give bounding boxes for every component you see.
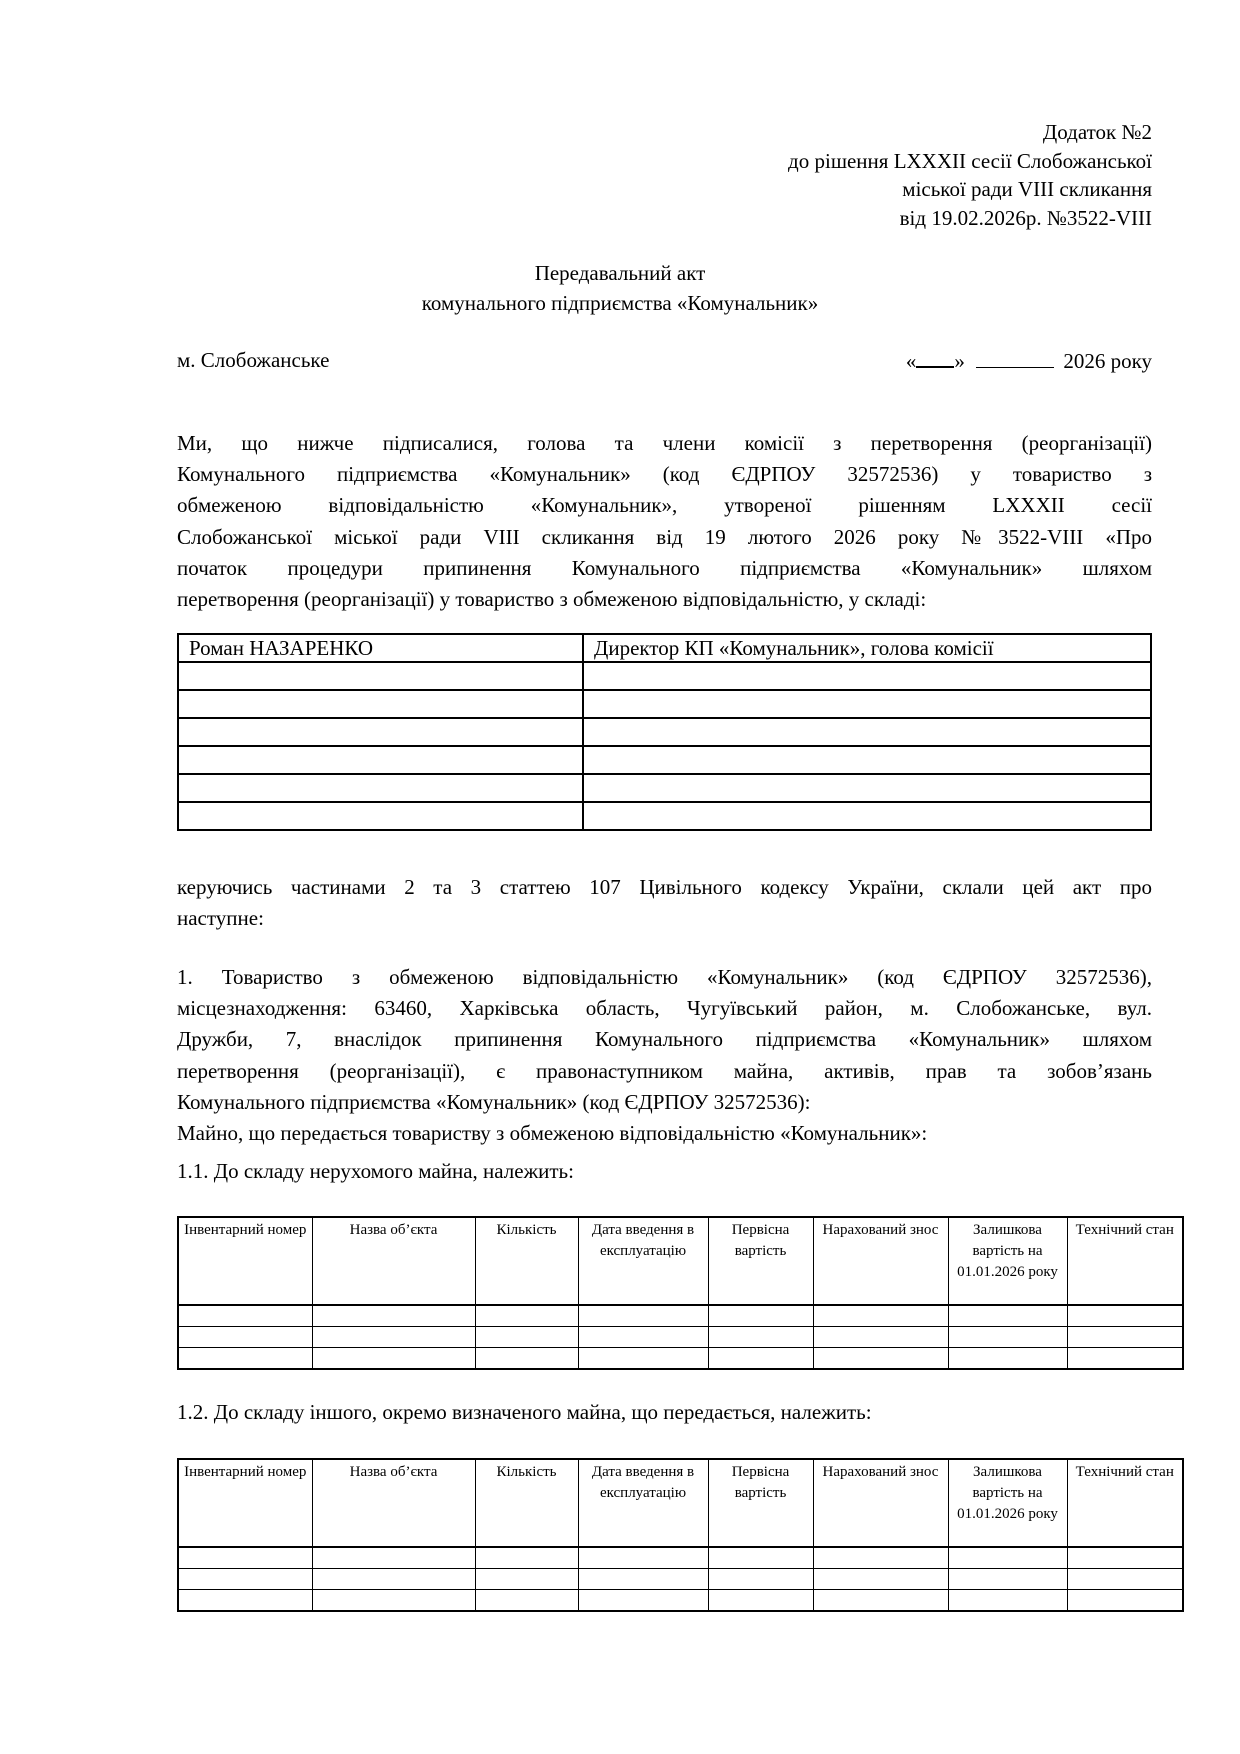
col-depreciation: Нарахований знос xyxy=(813,1217,948,1305)
cell[interactable] xyxy=(312,1590,475,1612)
cell[interactable] xyxy=(475,1305,578,1327)
month-blank[interactable] xyxy=(976,347,1054,368)
appendix-date: від 19.02.2026р. №3522-VIII xyxy=(788,204,1152,233)
clause-line: Дружби, 7, внаслідок припинення Комуналь… xyxy=(177,1024,1152,1055)
cell[interactable] xyxy=(1067,1348,1183,1370)
cell[interactable] xyxy=(578,1590,708,1612)
member-name[interactable] xyxy=(178,746,583,774)
col-quantity: Кількість xyxy=(475,1459,578,1547)
table-row xyxy=(178,1590,1183,1612)
cell[interactable] xyxy=(475,1569,578,1590)
cell[interactable] xyxy=(813,1327,948,1348)
member-name[interactable] xyxy=(178,774,583,802)
cell[interactable] xyxy=(813,1305,948,1327)
appendix-council: міської ради VIII скликання xyxy=(788,175,1152,204)
intro-line: обмеженою відповідальністю «Комунальник»… xyxy=(177,490,1152,521)
col-inventory-number: Інвентарний номер xyxy=(178,1459,312,1547)
table-row xyxy=(178,1569,1183,1590)
member-name: Роман НАЗАРЕНКО xyxy=(178,634,583,662)
cell[interactable] xyxy=(312,1348,475,1370)
cell[interactable] xyxy=(475,1327,578,1348)
cell[interactable] xyxy=(312,1327,475,1348)
cell[interactable] xyxy=(312,1547,475,1569)
cell[interactable] xyxy=(178,1569,312,1590)
clause-1-paragraph: 1. Товариство з обмеженою відповідальніс… xyxy=(177,962,1152,1149)
cell[interactable] xyxy=(475,1590,578,1612)
cell[interactable] xyxy=(813,1569,948,1590)
cell[interactable] xyxy=(178,1305,312,1327)
year-text: 2026 року xyxy=(1063,349,1152,373)
col-object-name: Назва об’єкта xyxy=(312,1459,475,1547)
cell[interactable] xyxy=(178,1327,312,1348)
cell[interactable] xyxy=(578,1547,708,1569)
cell[interactable] xyxy=(1067,1547,1183,1569)
col-initial-cost: Первісна вартість xyxy=(708,1217,813,1305)
clause-line: перетворення (реорганізації), є правонас… xyxy=(177,1056,1152,1087)
col-residual-value: Залишкова вартість на 01.01.2026 року xyxy=(948,1217,1067,1305)
clause-line: 1. Товариство з обмеженою відповідальніс… xyxy=(177,962,1152,993)
city: м. Слобожанське xyxy=(177,348,329,372)
col-technical-condition: Технічний стан xyxy=(1067,1217,1183,1305)
day-blank[interactable] xyxy=(916,346,954,368)
intro-line: Слобожанської міської ради VIII скликанн… xyxy=(177,522,1152,553)
intro-line: перетворення (реорганізації) у товариств… xyxy=(177,584,1152,615)
cell[interactable] xyxy=(312,1305,475,1327)
commission-table: Роман НАЗАРЕНКО Директор КП «Комунальник… xyxy=(177,633,1152,831)
document-title: Передавальний акт комунального підприємс… xyxy=(0,258,1240,318)
table-row xyxy=(178,746,1151,774)
cell[interactable] xyxy=(1067,1327,1183,1348)
member-role[interactable] xyxy=(583,774,1151,802)
table-row xyxy=(178,690,1151,718)
table-row xyxy=(178,718,1151,746)
table-header-row: Інвентарний номер Назва об’єкта Кількіст… xyxy=(178,1217,1183,1305)
col-depreciation: Нарахований знос xyxy=(813,1459,948,1547)
cell[interactable] xyxy=(813,1348,948,1370)
intro-line: Ми, що нижче підписалися, голова та член… xyxy=(177,428,1152,459)
cell[interactable] xyxy=(578,1569,708,1590)
member-role[interactable] xyxy=(583,746,1151,774)
date-field: «» 2026 року xyxy=(906,346,1152,375)
cell[interactable] xyxy=(948,1327,1067,1348)
cell[interactable] xyxy=(948,1590,1067,1612)
cell[interactable] xyxy=(1067,1590,1183,1612)
table-row xyxy=(178,1327,1183,1348)
intro-line: початок процедури припинення Комунальног… xyxy=(177,553,1152,584)
cell[interactable] xyxy=(708,1305,813,1327)
col-quantity: Кількість xyxy=(475,1217,578,1305)
legal-basis-paragraph: керуючись частинами 2 та 3 статтею 107 Ц… xyxy=(177,872,1152,934)
cell[interactable] xyxy=(948,1569,1067,1590)
cell[interactable] xyxy=(578,1348,708,1370)
member-role[interactable] xyxy=(583,662,1151,690)
table-row xyxy=(178,662,1151,690)
cell[interactable] xyxy=(178,1348,312,1370)
appendix-header: Додаток №2 до рішення LXXXII сесії Слобо… xyxy=(788,118,1152,232)
cell[interactable] xyxy=(178,1547,312,1569)
table-row xyxy=(178,1305,1183,1327)
cell[interactable] xyxy=(948,1547,1067,1569)
title-line-1: Передавальний акт xyxy=(0,258,1240,288)
cell[interactable] xyxy=(948,1305,1067,1327)
member-role[interactable] xyxy=(583,690,1151,718)
col-commission-date: Дата введення в експлуатацію xyxy=(578,1459,708,1547)
col-technical-condition: Технічний стан xyxy=(1067,1459,1183,1547)
member-name[interactable] xyxy=(178,662,583,690)
cell[interactable] xyxy=(578,1327,708,1348)
table-row xyxy=(178,1547,1183,1569)
appendix-number: Додаток №2 xyxy=(788,118,1152,147)
legal-basis-line: керуючись частинами 2 та 3 статтею 107 Ц… xyxy=(177,872,1152,903)
intro-line: Комунального підприємства «Комунальник» … xyxy=(177,459,1152,490)
cell[interactable] xyxy=(1067,1569,1183,1590)
clause-line: Майно, що передається товариству з обмеж… xyxy=(177,1118,1152,1149)
cell[interactable] xyxy=(578,1305,708,1327)
member-role[interactable] xyxy=(583,718,1151,746)
other-property-table: Інвентарний номер Назва об’єкта Кількіст… xyxy=(177,1458,1184,1612)
cell[interactable] xyxy=(708,1547,813,1569)
cell[interactable] xyxy=(708,1327,813,1348)
cell[interactable] xyxy=(1067,1305,1183,1327)
table-row xyxy=(178,774,1151,802)
table-header-row: Інвентарний номер Назва об’єкта Кількіст… xyxy=(178,1459,1183,1547)
member-name[interactable] xyxy=(178,718,583,746)
cell[interactable] xyxy=(475,1547,578,1569)
col-residual-value: Залишкова вартість на 01.01.2026 року xyxy=(948,1459,1067,1547)
intro-paragraph: Ми, що нижче підписалися, голова та член… xyxy=(177,428,1152,615)
clause-line: Комунального підприємства «Комунальник» … xyxy=(177,1087,1152,1118)
cell[interactable] xyxy=(708,1590,813,1612)
member-role[interactable] xyxy=(583,802,1151,830)
cell[interactable] xyxy=(475,1348,578,1370)
cell[interactable] xyxy=(708,1569,813,1590)
section-1-1-title: 1.1. До складу нерухомого майна, належит… xyxy=(177,1157,574,1185)
table-row: Роман НАЗАРЕНКО Директор КП «Комунальник… xyxy=(178,634,1151,662)
real-estate-table: Інвентарний номер Назва об’єкта Кількіст… xyxy=(177,1216,1184,1370)
cell[interactable] xyxy=(312,1569,475,1590)
col-inventory-number: Інвентарний номер xyxy=(178,1217,312,1305)
cell[interactable] xyxy=(813,1547,948,1569)
member-name[interactable] xyxy=(178,802,583,830)
place-date-line: м. Слобожанське «» 2026 року xyxy=(177,346,1152,374)
clause-line: місцезнаходження: 63460, Харківська обла… xyxy=(177,993,1152,1024)
col-object-name: Назва об’єкта xyxy=(312,1217,475,1305)
member-role: Директор КП «Комунальник», голова комісі… xyxy=(583,634,1151,662)
cell[interactable] xyxy=(708,1348,813,1370)
table-row xyxy=(178,1348,1183,1370)
col-commission-date: Дата введення в експлуатацію xyxy=(578,1217,708,1305)
cell[interactable] xyxy=(948,1348,1067,1370)
section-1-2-title: 1.2. До складу іншого, окремо визначеног… xyxy=(177,1398,872,1426)
appendix-decision: до рішення LXXXII сесії Слобожанської xyxy=(788,147,1152,176)
col-initial-cost: Первісна вартість xyxy=(708,1459,813,1547)
title-line-2: комунального підприємства «Комунальник» xyxy=(0,288,1240,318)
member-name[interactable] xyxy=(178,690,583,718)
legal-basis-line: наступне: xyxy=(177,903,1152,934)
cell[interactable] xyxy=(813,1590,948,1612)
table-row xyxy=(178,802,1151,830)
cell[interactable] xyxy=(178,1590,312,1612)
